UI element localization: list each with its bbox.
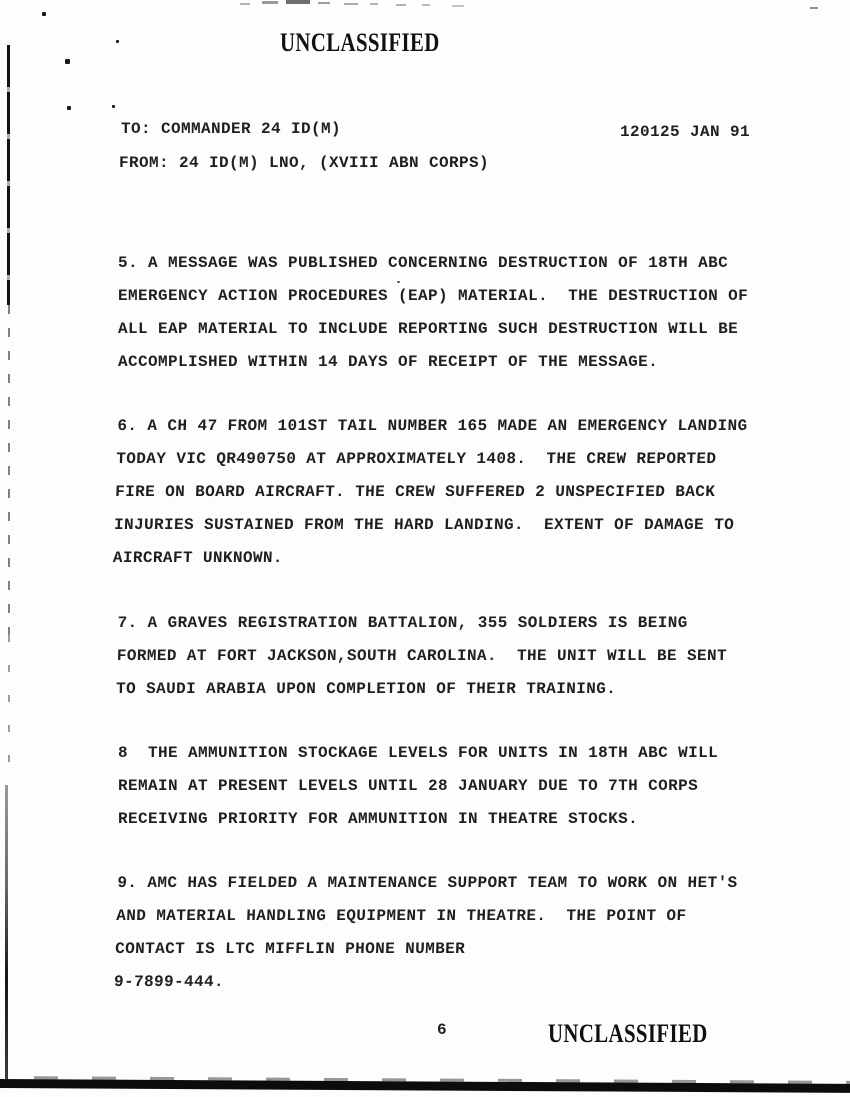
- paragraph-6: 6. A CH 47 FROM 101ST TAIL NUMBER 165 MA…: [112, 410, 778, 575]
- top-edge-mark: [370, 3, 378, 5]
- top-edge-mark: [240, 3, 250, 5]
- paragraph-7: 7. A GRAVES REGISTRATION BATTALION, 355 …: [116, 607, 778, 706]
- scan-speck: [116, 40, 119, 43]
- top-edge-mark: [262, 1, 278, 4]
- top-edge-mark: [286, 0, 310, 4]
- top-edge-mark: [422, 4, 430, 6]
- from-line: FROM: 24 ID(M) LNO, (XVIII ABN CORPS): [119, 147, 489, 180]
- scan-speck: [397, 281, 400, 283]
- classification-header: UNCLASSIFIED: [280, 30, 440, 56]
- document-page: UNCLASSIFIED TO: COMMANDER 24 ID(M) 1201…: [0, 0, 850, 1097]
- left-edge-line-top: [7, 45, 10, 305]
- scan-speck: [42, 12, 46, 16]
- top-edge-mark: [344, 3, 358, 5]
- classification-footer: UNCLASSIFIED: [548, 1021, 708, 1047]
- top-edge-mark: [396, 4, 406, 6]
- left-edge-line-mid: [8, 305, 10, 635]
- paragraph-5: 5. A MESSAGE WAS PUBLISHED CONCERNING DE…: [118, 247, 778, 379]
- scan-speck: [65, 59, 70, 64]
- left-edge-line-bottom: [5, 785, 8, 1080]
- left-edge-line-low: [8, 635, 10, 785]
- to-line: TO: COMMANDER 24 ID(M): [121, 113, 341, 146]
- page-number: 6: [437, 1020, 447, 1040]
- top-edge-mark: [452, 5, 464, 7]
- scan-speck: [67, 106, 71, 110]
- scan-speck: [112, 105, 115, 108]
- date: 120125 JAN 91: [620, 116, 750, 149]
- top-edge-mark: [318, 2, 330, 4]
- paragraph-9: 9. AMC HAS FIELDED A MAINTENANCE SUPPORT…: [113, 867, 778, 999]
- top-edge-mark: [810, 7, 818, 9]
- paragraph-8: 8 THE AMMUNITION STOCKAGE LEVELS FOR UNI…: [118, 737, 778, 836]
